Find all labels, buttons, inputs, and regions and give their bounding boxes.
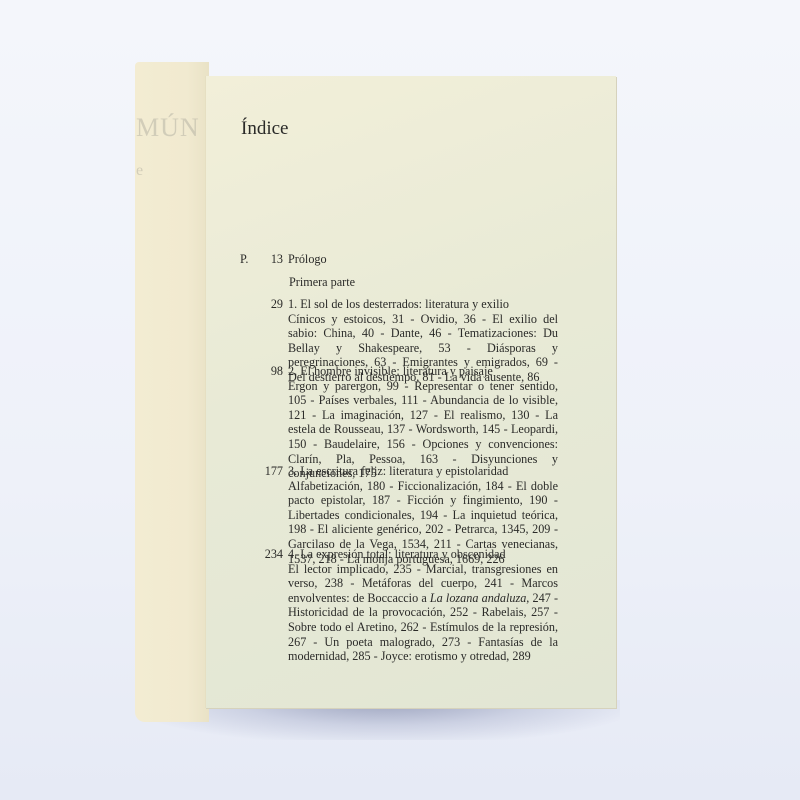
page-title: Índice <box>241 118 288 140</box>
prologue-page: 13 <box>245 252 283 267</box>
chapter-2-heading: 2. El hombre invisible: literatura y pai… <box>288 364 558 379</box>
show-through-subtitle: e <box>136 162 143 180</box>
show-through-title: MÚN <box>136 113 200 143</box>
chapter-1-page: 29 <box>245 297 283 312</box>
chapter-3-page: 177 <box>245 464 283 479</box>
chapter-2-page: 98 <box>245 364 283 379</box>
chapter-4-page: 234 <box>245 547 283 562</box>
chapter-4-sections: El lector implicado, 235 - Marcial, tran… <box>288 562 558 664</box>
chapter-1-heading: 1. El sol de los desterrados: literatura… <box>288 297 558 312</box>
prologue-entry: Prólogo <box>288 252 558 267</box>
toc-entry-chapter-4: 4. La expresión total: literatura y obsc… <box>288 547 558 664</box>
chapter-4-italic-title: La lozana andaluza <box>430 591 526 605</box>
left-page <box>135 62 209 722</box>
chapter-3-heading: 3. La escritura feliz: literatura y epis… <box>288 464 558 479</box>
part-label: Primera parte <box>289 275 355 290</box>
chapter-4-heading: 4. La expresión total: literatura y obsc… <box>288 547 558 562</box>
